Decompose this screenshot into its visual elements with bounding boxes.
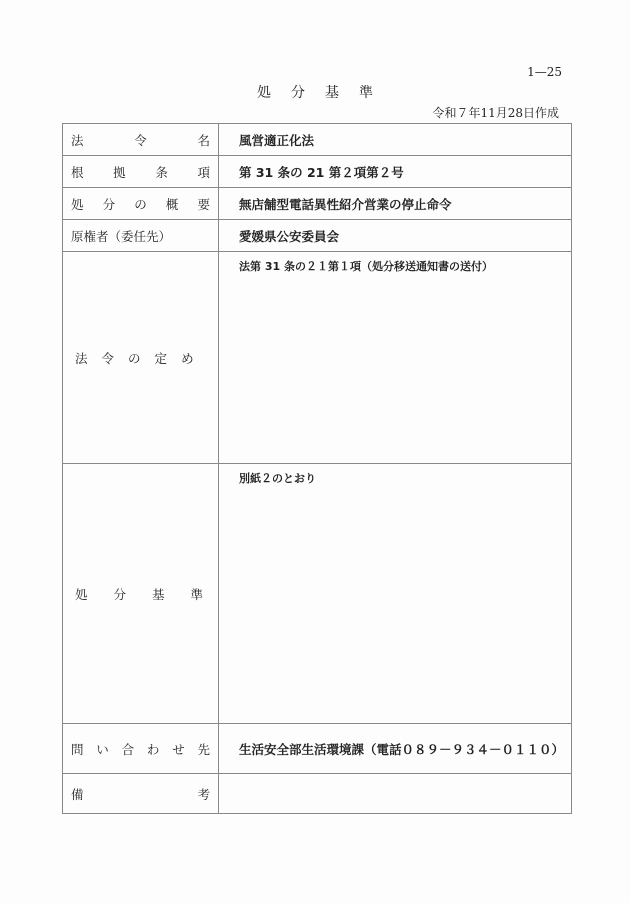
label-char: 根 bbox=[71, 163, 84, 181]
label-char: 要 bbox=[197, 195, 210, 213]
contact-value: 生活安全部生活環境課（電話０８９－９３４－０１１０） bbox=[219, 724, 572, 774]
label-char: 条 bbox=[155, 163, 168, 181]
label-char: 分 bbox=[114, 585, 127, 603]
created-date: 令和７年11月28日作成 bbox=[432, 104, 559, 121]
row-law-name: 法令名風営適正化法 bbox=[63, 124, 572, 156]
legal-provision-value: 法第 31 条の２１第１項（処分移送通知書の送付） bbox=[219, 252, 572, 464]
label-char: 項 bbox=[197, 163, 210, 181]
row-remarks: 備考 bbox=[63, 774, 572, 814]
remarks-value bbox=[219, 774, 572, 814]
label-char: わ bbox=[147, 740, 160, 758]
law-name-value: 風営適正化法 bbox=[219, 124, 572, 156]
row-disposition-criteria: 処分基準別紙２のとおり bbox=[63, 464, 572, 724]
original-authority-value: 愛媛県公安委員会 bbox=[219, 220, 572, 252]
label-char: 概 bbox=[166, 195, 179, 213]
label-char: 備 bbox=[71, 785, 84, 803]
original-authority-label: 原権者（委任先） bbox=[63, 220, 219, 252]
label-char: 問 bbox=[71, 740, 84, 758]
label-char: せ bbox=[172, 740, 185, 758]
label-char: い bbox=[96, 740, 109, 758]
label-char: め bbox=[181, 349, 194, 367]
label-char: 定 bbox=[155, 349, 168, 367]
row-legal-provision: 法令の定め法第 31 条の２１第１項（処分移送通知書の送付） bbox=[63, 252, 572, 464]
label-char: 合 bbox=[122, 740, 135, 758]
disposition-summary-label: 処分の概要 bbox=[63, 188, 219, 220]
label-char: 処 bbox=[71, 195, 84, 213]
label-char: 名 bbox=[197, 131, 210, 149]
row-legal-basis: 根拠条項第 31 条の 21 第２項第２号 bbox=[63, 156, 572, 188]
label-char: 令 bbox=[102, 349, 115, 367]
legal-basis-label: 根拠条項 bbox=[63, 156, 219, 188]
legal-provision-label: 法令の定め bbox=[63, 252, 219, 464]
label-char: 法 bbox=[71, 131, 84, 149]
label-char: の bbox=[134, 195, 147, 213]
label-char: 令 bbox=[134, 131, 147, 149]
disposition-criteria-label: 処分基準 bbox=[63, 464, 219, 724]
disposition-criteria-value: 別紙２のとおり bbox=[219, 464, 572, 724]
label-char: 先 bbox=[197, 740, 210, 758]
document-title: 処分基準 bbox=[0, 82, 630, 102]
label-char: 拠 bbox=[113, 163, 126, 181]
label-char: 考 bbox=[197, 785, 210, 803]
label-char: 分 bbox=[103, 195, 116, 213]
contact-label: 問い合わせ先 bbox=[63, 724, 219, 774]
remarks-label: 備考 bbox=[63, 774, 219, 814]
row-contact: 問い合わせ先生活安全部生活環境課（電話０８９－９３４－０１１０） bbox=[63, 724, 572, 774]
label-char: 法 bbox=[75, 349, 88, 367]
page-number: 1—25 bbox=[527, 65, 562, 79]
row-original-authority: 原権者（委任先）愛媛県公安委員会 bbox=[63, 220, 572, 252]
label-char: 原権者（委任先） bbox=[71, 227, 171, 245]
label-char: 基 bbox=[152, 585, 165, 603]
label-char: の bbox=[128, 349, 141, 367]
legal-basis-value: 第 31 条の 21 第２項第２号 bbox=[219, 156, 572, 188]
label-char: 準 bbox=[191, 585, 204, 603]
disposition-table: 法令名風営適正化法根拠条項第 31 条の 21 第２項第２号処分の概要無店舗型電… bbox=[62, 123, 572, 814]
disposition-summary-value: 無店舗型電話異性紹介営業の停止命令 bbox=[219, 188, 572, 220]
row-disposition-summary: 処分の概要無店舗型電話異性紹介営業の停止命令 bbox=[63, 188, 572, 220]
law-name-label: 法令名 bbox=[63, 124, 219, 156]
label-char: 処 bbox=[75, 585, 88, 603]
